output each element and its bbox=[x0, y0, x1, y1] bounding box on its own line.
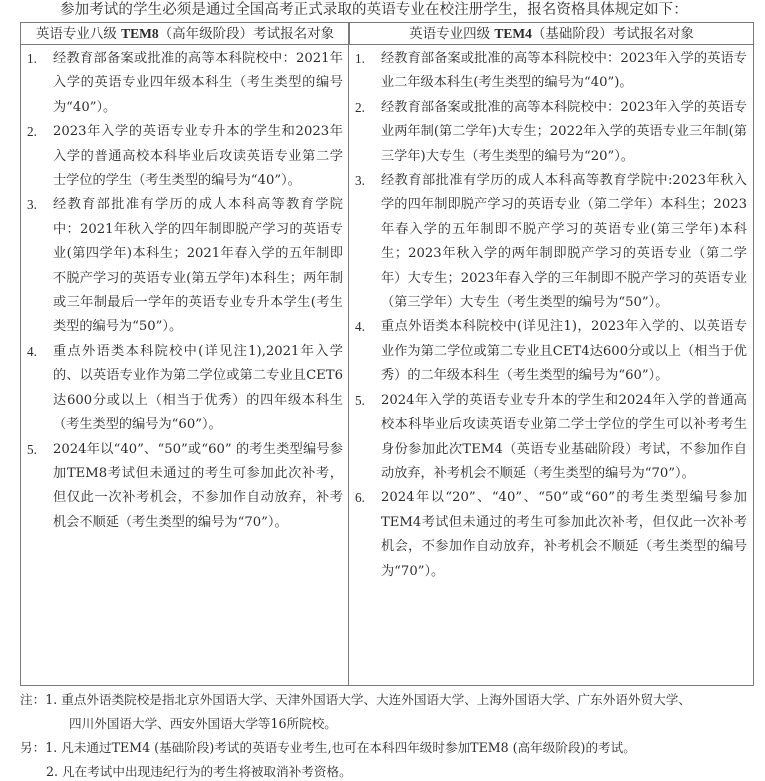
item-text: 经教育部备案或批准的高等本科院校中：2021年入学的英语专业四年级本科生（考生类… bbox=[53, 47, 343, 120]
item-text: 经教育部备案或批准的高等本科院校中：2023年入学的英语专业二年级本科生(考生类… bbox=[381, 47, 747, 96]
also-note-2: 2. 凡在考试中出现违纪行为的考生将被取消补考资格。 bbox=[20, 760, 760, 781]
list-item: 3.经教育部批准有学历的成人本科高等教育学院中:2023年秋入学的四年制即脱产学… bbox=[355, 169, 747, 315]
item-number: 1. bbox=[27, 47, 53, 120]
item-text: 重点外语类本科院校中(详见注1)，2023年入学的、以英语专业作为第二学位或第二… bbox=[381, 315, 747, 388]
item-number: 6. bbox=[355, 486, 381, 584]
list-item: 1.经教育部备案或批准的高等本科院校中：2023年入学的英语专业二年级本科生(考… bbox=[355, 47, 747, 96]
header-tem4: 英语专业四级 TEM4（基础阶段）考试报名对象 bbox=[349, 23, 753, 45]
column-divider bbox=[348, 23, 349, 685]
note-1-line-1: 注：1. 重点外语类院校是指北京外国语大学、天津外国语大学、大连外国语大学、上海… bbox=[20, 688, 760, 712]
item-number: 4. bbox=[355, 315, 381, 388]
item-text: 经教育部批准有学历的成人本科高等教育学院中:2023年秋入学的四年制即脱产学习的… bbox=[381, 169, 747, 315]
header-tem4-bold: TEM4 bbox=[494, 26, 532, 41]
list-item: 2.经教育部备案或批准的高等本科院校中：2023年入学的英语专业两年制(第二学年… bbox=[355, 96, 747, 169]
also-note-1: 另：1. 凡未通过TEM4 (基础阶段)考试的英语专业考生,也可在本科四年级时参… bbox=[20, 736, 760, 760]
item-text: 经教育部备案或批准的高等本科院校中：2023年入学的英语专业两年制(第二学年)大… bbox=[381, 96, 747, 169]
header-tem8: 英语专业八级 TEM8（高年级阶段）考试报名对象 bbox=[21, 23, 349, 45]
list-item: 5.2024年入学的英语专业专升本的学生和2024年入学的普通高校本科毕业后攻读… bbox=[355, 389, 747, 487]
tem8-eligibility-list: 1.经教育部备案或批准的高等本科院校中：2021年入学的英语专业四年级本科生（考… bbox=[27, 47, 343, 535]
item-number: 2. bbox=[355, 96, 381, 169]
item-text: 2023年入学的英语专业专升本的学生和2023年入学的普通高校本科毕业后攻读英语… bbox=[53, 120, 343, 193]
eligibility-table: 英语专业八级 TEM8（高年级阶段）考试报名对象 英语专业四级 TEM4（基础阶… bbox=[20, 22, 754, 686]
tem4-eligibility-list: 1.经教育部备案或批准的高等本科院校中：2023年入学的英语专业二年级本科生(考… bbox=[355, 47, 747, 584]
list-item: 4.重点外语类本科院校中(详见注1)，2023年入学的、以英语专业作为第二学位或… bbox=[355, 315, 747, 388]
item-number: 3. bbox=[355, 169, 381, 315]
header-tem8-bold: TEM8 bbox=[121, 26, 159, 41]
list-item: 1.经教育部备案或批准的高等本科院校中：2021年入学的英语专业四年级本科生（考… bbox=[27, 47, 343, 120]
item-number: 1. bbox=[355, 47, 381, 96]
list-item: 2.2023年入学的英语专业专升本的学生和2023年入学的普通高校本科毕业后攻读… bbox=[27, 120, 343, 193]
intro-paragraph: 参加考试的学生必须是通过全国高考正式录取的英语专业在校注册学生，报名资格具体规定… bbox=[60, 0, 765, 20]
list-item: 4.重点外语类本科院校中(详见注1),2021年入学的、以英语专业作为第二学位或… bbox=[27, 340, 343, 438]
item-number: 3. bbox=[27, 193, 53, 339]
header-tem4-pre: 英语专业四级 bbox=[409, 26, 494, 42]
item-number: 4. bbox=[27, 340, 53, 438]
item-number: 5. bbox=[27, 438, 53, 536]
item-text: 重点外语类本科院校中(详见注1),2021年入学的、以英语专业作为第二学位或第二… bbox=[53, 340, 343, 438]
item-number: 5. bbox=[355, 389, 381, 487]
header-tem8-post: （高年级阶段）考试报名对象 bbox=[159, 26, 335, 42]
list-item: 3.经教育部批准有学历的成人本科高等教育学院中：2021年秋入学的四年制即脱产学… bbox=[27, 193, 343, 339]
note-1-line-2: 四川外国语大学、西安外国语大学等16所院校。 bbox=[20, 712, 760, 736]
item-text: 2024年以“20”、“40”、“50”或“60”的考生类型编号参加TEM4考试… bbox=[381, 486, 747, 584]
list-item: 6.2024年以“20”、“40”、“50”或“60”的考生类型编号参加TEM4… bbox=[355, 486, 747, 584]
footnotes: 注：1. 重点外语类院校是指北京外国语大学、天津外国语大学、大连外国语大学、上海… bbox=[20, 688, 760, 781]
item-text: 2024年以“40”、“50”或“60” 的考生类型编号参加TEM8考试但未通过… bbox=[53, 438, 343, 536]
header-tem4-post: （基础阶段）考试报名对象 bbox=[532, 26, 694, 42]
header-tem8-pre: 英语专业八级 bbox=[36, 26, 121, 42]
item-text: 2024年入学的英语专业专升本的学生和2024年入学的普通高校本科毕业后攻读英语… bbox=[381, 389, 747, 487]
item-number: 2. bbox=[27, 120, 53, 193]
list-item: 5.2024年以“40”、“50”或“60” 的考生类型编号参加TEM8考试但未… bbox=[27, 438, 343, 536]
item-text: 经教育部批准有学历的成人本科高等教育学院中：2021年秋入学的四年制即脱产学习的… bbox=[53, 193, 343, 339]
